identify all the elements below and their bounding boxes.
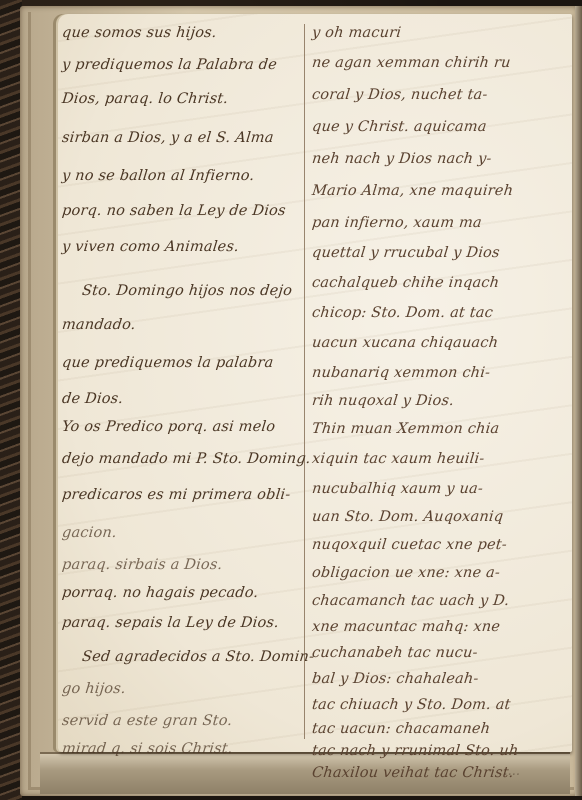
- left-line-19: Sed agradecidos a Sto. Domin-: [61, 650, 315, 665]
- right-line-26: tac nach y rrunimal Sto. uh: [311, 744, 519, 759]
- right-line-16: nucubalhiq xaum y ua-: [311, 482, 484, 497]
- left-line-18: paraq. sepais la Ley de Dios.: [61, 616, 279, 631]
- left-line-14: predicaros es mi primera obli-: [61, 488, 291, 503]
- left-line-10: que prediquemos la palabra: [61, 356, 274, 371]
- right-page-edge: [575, 6, 582, 796]
- right-line-18: nuqoxquil cuetac xne pet-: [311, 538, 507, 553]
- manuscript-scan: .... que somos sus hijos. y prediquemos …: [0, 0, 582, 800]
- left-line-2: y prediquemos la Palabra de: [61, 58, 277, 73]
- left-line-17: porraq. no hagais pecado.: [61, 586, 259, 601]
- right-line-9: cachalqueb chihe inqach: [311, 276, 500, 291]
- left-line-6: porq. no saben la Ley de Dios: [61, 204, 286, 219]
- right-line-22: cuchanabeh tac nucu-: [311, 646, 478, 661]
- left-line-16: paraq. sirbais a Dios.: [61, 558, 223, 573]
- left-line-9: mandado.: [61, 318, 136, 333]
- right-line-15: xiquin tac xaum heuili-: [311, 452, 485, 467]
- right-line-11: uacun xucana chiqauach: [311, 336, 499, 351]
- right-line-6: Mario Alma, xne maquireh: [311, 184, 514, 199]
- right-line-13: rih nuqoxal y Dios.: [311, 394, 454, 409]
- left-line-1: que somos sus hijos.: [61, 26, 217, 41]
- left-line-15: gacion.: [61, 526, 117, 541]
- left-line-5: y no se ballon al Infierno.: [61, 169, 255, 184]
- left-line-13: dejo mandado mi P. Sto. Doming.: [61, 452, 311, 467]
- left-line-8: Sto. Domingo hijos nos dejo: [61, 284, 293, 299]
- column-divider-rule: [304, 24, 305, 739]
- left-line-11: de Dios.: [61, 392, 124, 407]
- right-line-10: chicop: Sto. Dom. at tac: [311, 306, 494, 321]
- right-line-8: quettal y rrucubal y Dios: [311, 246, 500, 261]
- right-line-25: tac uacun: chacamaneh: [311, 722, 491, 737]
- right-line-27: Chaxilou veihat tac Christ.: [311, 766, 514, 781]
- left-line-12: Yo os Predico porq. asi melo: [61, 420, 276, 435]
- right-line-3: coral y Dios, nuchet ta-: [311, 88, 488, 103]
- right-line-1: y oh macuri: [311, 26, 402, 41]
- left-line-3: Dios, paraq. lo Christ.: [61, 92, 229, 107]
- right-line-7: pan infierno, xaum ma: [311, 216, 482, 231]
- left-line-21: servid a este gran Sto.: [61, 714, 233, 729]
- right-line-12: nubanariq xemmon chi-: [311, 366, 491, 381]
- manuscript-leaf: que somos sus hijos. y prediquemos la Pa…: [58, 14, 572, 752]
- right-line-20: chacamanch tac uach y D.: [311, 594, 510, 609]
- marbled-binding: [0, 0, 22, 800]
- left-line-4: sirban a Dios, y a el S. Alma: [61, 131, 274, 146]
- right-line-2: ne agan xemman chirih ru: [311, 56, 511, 71]
- right-line-17: uan Sto. Dom. Auqoxaniq: [311, 510, 504, 525]
- left-line-7: y viven como Animales.: [61, 240, 239, 255]
- left-line-20: go hijos.: [61, 682, 126, 697]
- right-line-4: que y Christ. aquicama: [311, 120, 487, 135]
- left-line-22: mirad q. si sois Christ.: [61, 742, 233, 757]
- right-line-19: obligacion ue xne: xne a-: [311, 566, 501, 581]
- right-line-24: tac chiuach y Sto. Dom. at: [311, 698, 511, 713]
- right-line-23: bal y Dios: chahaleah-: [311, 672, 479, 687]
- right-line-21: xne macuntac mahq: xne: [311, 620, 501, 635]
- right-line-14: Thin muan Xemmon chia: [311, 422, 500, 437]
- right-line-5: neh nach y Dios nach y-: [311, 152, 492, 167]
